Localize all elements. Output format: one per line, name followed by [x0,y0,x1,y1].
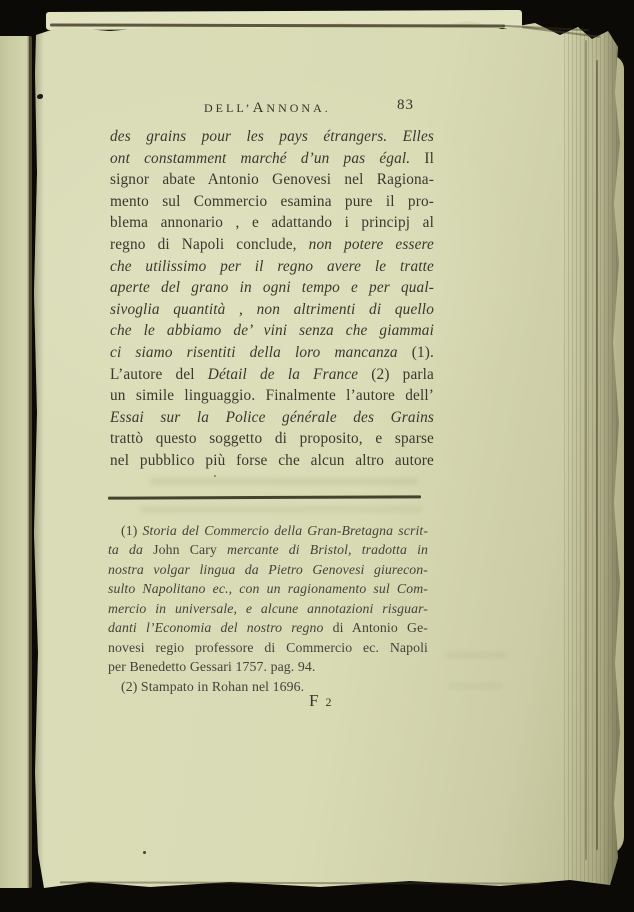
text-segment: trattò questo soggetto di proposito, e s… [110,430,434,447]
text-line: trattò questo soggetto di proposito, e s… [110,428,434,450]
text-segment: ci siamo risentiti della loro mancanza [110,344,412,361]
text-segment: (2) Stampato in Rohan nel 1696. [121,679,304,694]
ink-speck [214,475,216,477]
text-line: signor abate Antonio Genovesi nel Ragion… [110,169,434,191]
text-segment: che le abbiamo de’ vini senza che giamma… [110,322,434,339]
text-line: novesi regio professore di Commercio ec.… [108,638,428,657]
text-line: aperte del grano in ogni tempo e per qua… [110,277,434,299]
text-segment: nostra volgar lingua da Pietro Genovesi … [108,562,428,577]
text-line: ta da John Cary mercante di Bristol, tra… [108,540,428,559]
text-line: sulto Napolitano ec., con un ragionament… [108,579,428,598]
text-line: L’autore del Détail de la France (2) par… [110,364,434,386]
text-segment: sivoglia quantità , non altrimenti di qu… [110,301,434,318]
text-segment: sulto Napolitano ec., con un ragionament… [108,581,428,596]
footnote-block: (1) Storia del Commercio della Gran-Bret… [108,521,428,696]
text-line: per Benedetto Gessari 1757. pag. 94. [108,657,428,676]
text-segment: mercio in universale, e alcune annotazio… [108,601,428,616]
text-segment: aperte del grano in ogni tempo e per qua… [110,279,434,296]
show-through-ghost-text [445,652,507,658]
text-segment: (1) [121,523,143,538]
text-segment: mercante di Bristol, tradotta in [217,542,428,557]
text-segment: nel pubblico più forse che alcun altro a… [110,452,434,469]
text-segment: Essai sur la Police générale des Grains [110,409,434,426]
fore-edge-crease [585,40,587,860]
text-segment: ont constamment marché d’un pas égal. [110,150,410,167]
text-segment: regno di Napoli conclude, [110,236,309,253]
text-segment: un simile linguaggio. Finalmente l’autor… [110,387,434,404]
signature-number: 2 [325,695,331,709]
text-line: mercio in universale, e alcune annotazio… [108,599,428,618]
text-segment: signor abate Antonio Genovesi nel Ragion… [110,171,434,188]
text-segment: non potere essere [309,236,434,253]
fore-edge-crease [596,60,598,850]
text-line: un simile linguaggio. Finalmente l’autor… [110,385,434,407]
show-through-ghost-text [448,683,503,689]
text-line: regno di Napoli conclude, non potere ess… [110,234,434,256]
show-through-ghost-text [150,478,418,485]
signature-mark: F2 [309,691,331,711]
text-segment: che utilissimo per il regno avere le tra… [110,258,434,275]
text-segment: (1). [412,344,434,361]
text-line: nostra volgar lingua da Pietro Genovesi … [108,560,428,579]
text-line: sivoglia quantità , non altrimenti di qu… [110,299,434,321]
text-line: che le abbiamo de’ vini senza che giamma… [110,320,434,342]
text-line: des grains pour les pays étrangers. Elle… [110,126,434,148]
text-segment: L’autore del [110,366,208,383]
text-line: che utilissimo per il regno avere le tra… [110,256,434,278]
signature-letter: F [309,691,318,710]
text-segment: di Antonio Ge- [323,620,428,635]
text-line: Essai sur la Police générale des Grains [110,407,434,429]
text-segment: Storia del Commercio della Gran-Bretagna… [143,523,428,538]
text-line: blema annonario , e adattando i principj… [110,212,434,234]
text-line: ont constamment marché d’un pas égal. Il [110,148,434,170]
text-segment: mento sul Commercio esamina pure il pro- [110,193,434,210]
text-segment: des grains pour les pays étrangers. Elle… [110,128,434,145]
text-segment: Détail de la France [208,366,358,383]
header-text: DELL’ [204,101,253,115]
text-segment: ta da [108,542,153,557]
text-segment: John Cary [153,542,217,557]
text-segment: blema annonario , e adattando i principj… [110,214,434,231]
scanned-book-photo: DELL’ANNONA. 83 des grains pour les pays… [0,0,634,912]
header-initial: A [253,100,267,116]
page-number: 83 [397,97,414,114]
text-segment: novesi regio professore di Commercio ec.… [108,640,428,655]
ink-speck [143,851,146,854]
text-line: ci siamo risentiti della loro mancanza (… [110,342,434,364]
text-line: (2) Stampato in Rohan nel 1696. [108,677,428,696]
facing-page-sliver [0,36,32,888]
text-line: (1) Storia del Commercio della Gran-Bret… [108,521,428,540]
header-text: NNONA. [266,101,330,115]
text-segment: danti l’Economia del nostro regno [108,620,323,635]
running-header-title: DELL’ANNONA. [204,99,331,117]
show-through-ghost-text [140,506,422,513]
text-segment: Il [410,150,434,167]
text-line: danti l’Economia del nostro regno di Ant… [108,618,428,637]
text-segment: (2) parla [358,366,434,383]
text-line: mento sul Commercio esamina pure il pro- [110,191,434,213]
main-text-block: des grains pour les pays étrangers. Elle… [110,126,434,472]
text-segment: per Benedetto Gessari 1757. pag. 94. [108,659,315,674]
text-line: nel pubblico più forse che alcun altro a… [110,450,434,472]
